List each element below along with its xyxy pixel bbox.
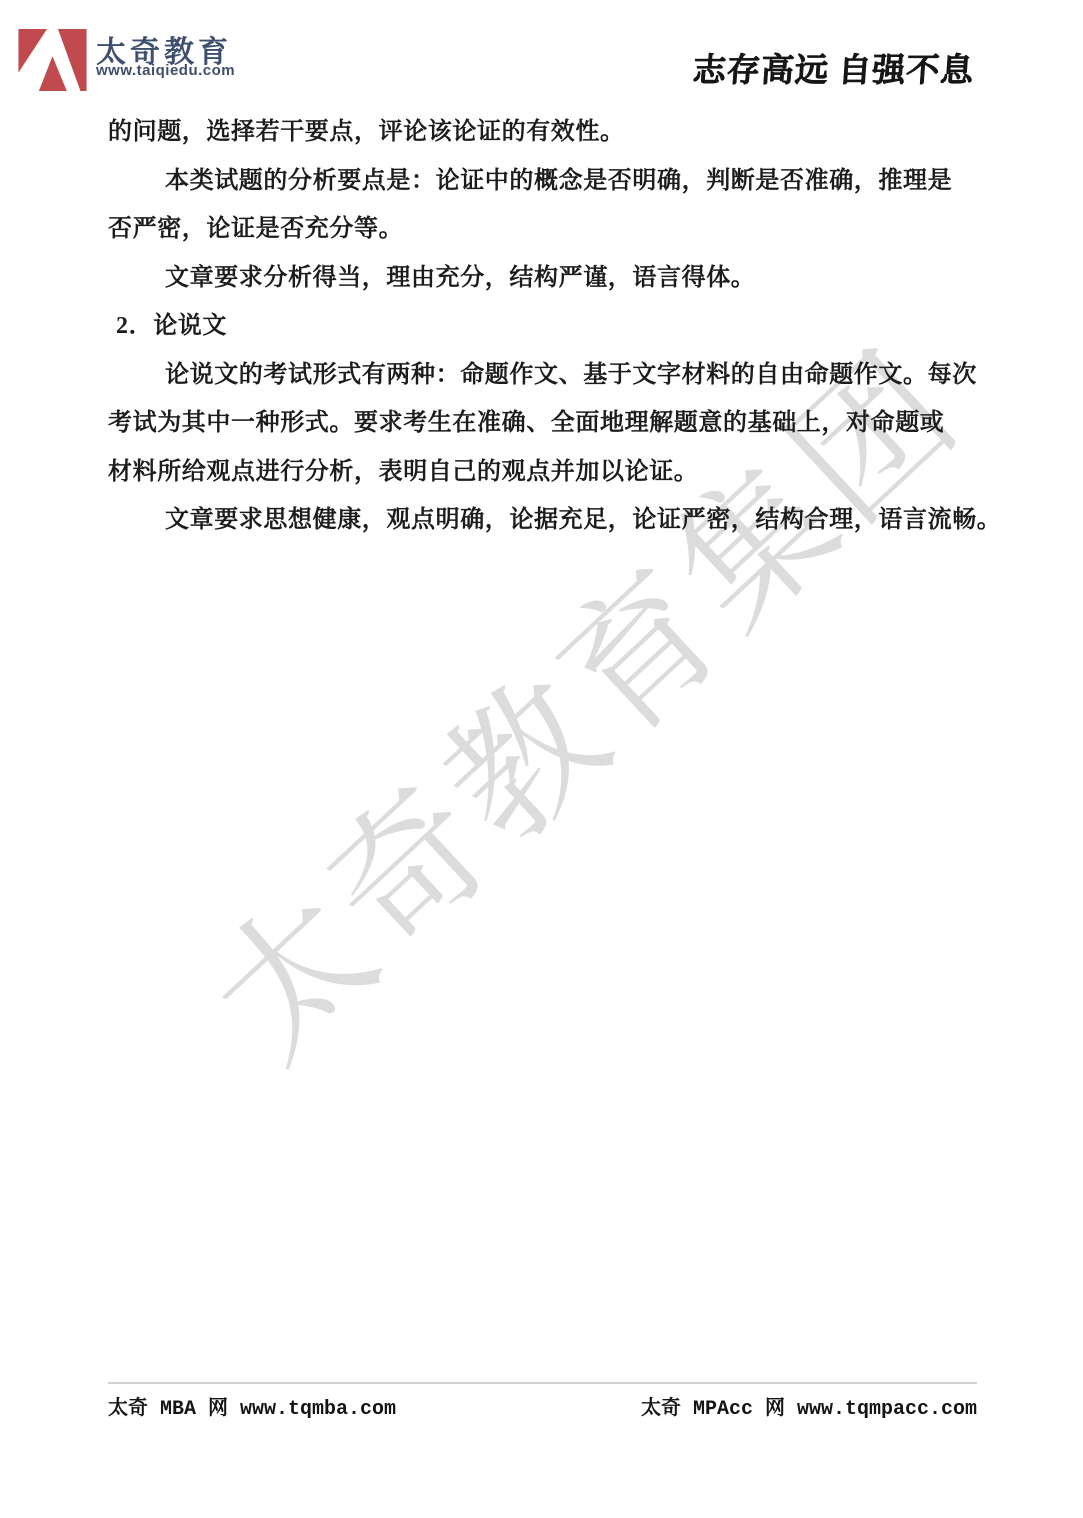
- footer-left-site: 太奇 MBA 网 www.tqmba.com: [108, 1391, 396, 1421]
- text-line: 的问题，选择若干要点，评论该论证的有效性。: [108, 108, 977, 157]
- text-line: 否严密，论证是否充分等。: [108, 205, 977, 254]
- section-heading-line: 2．论说文: [108, 302, 977, 351]
- brand-website: www.taiqiedu.com: [96, 62, 235, 79]
- document-page: 太奇教育集团 太奇教育 www.taiqiedu.com 志存高远 自强不息 的…: [0, 0, 1083, 1518]
- page-footer: 太奇 MBA 网 www.tqmba.com 太奇 MPAcc 网 www.tq…: [108, 1382, 977, 1421]
- text-line: 本类试题的分析要点是：论证中的概念是否明确，判断是否准确，推理是: [108, 157, 977, 206]
- text-line: 文章要求思想健康，观点明确，论据充足，论证严密，结构合理，语言流畅。: [108, 496, 977, 545]
- document-body: 的问题，选择若干要点，评论该论证的有效性。 本类试题的分析要点是：论证中的概念是…: [108, 108, 977, 545]
- calligraphy-slogan: 志存高远 自强不息: [691, 44, 976, 91]
- taiqi-logo-icon: [17, 29, 88, 91]
- page-header: 太奇教育 www.taiqiedu.com 志存高远 自强不息: [0, 0, 1083, 110]
- text-line: 论说文的考试形式有两种：命题作文、基于文字材料的自由命题作文。每次: [108, 351, 977, 400]
- text-line: 材料所给观点进行分析，表明自己的观点并加以论证。: [108, 448, 977, 497]
- footer-right-site: 太奇 MPAcc 网 www.tqmpacc.com: [641, 1391, 977, 1421]
- text-line: 文章要求分析得当，理由充分，结构严谨，语言得体。: [108, 254, 977, 303]
- text-line: 考试为其中一种形式。要求考生在准确、全面地理解题意的基础上，对命题或: [108, 399, 977, 448]
